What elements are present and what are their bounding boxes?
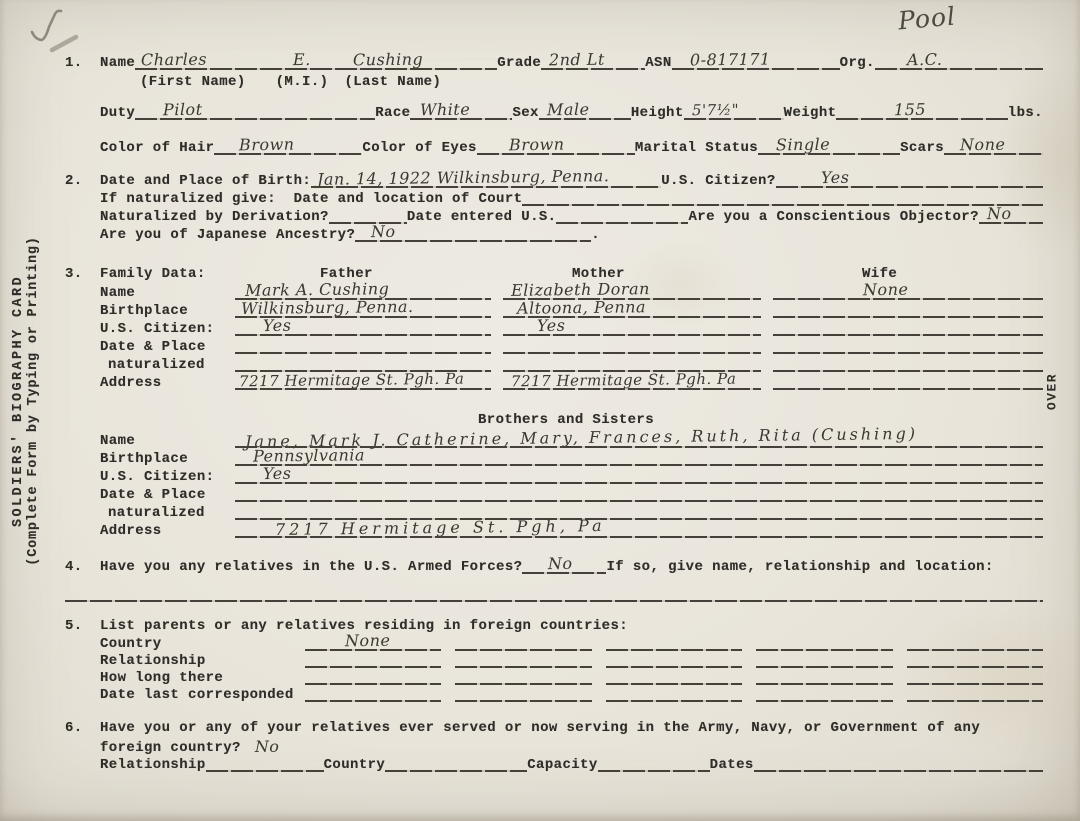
siblings-address-value: 7217 Hermitage St. Pgh, Pa xyxy=(275,517,606,539)
wife-name-value: None xyxy=(863,280,909,299)
us-citizen-line: Yes xyxy=(776,172,1043,189)
foreign-service-question-line2: foreign country? xyxy=(100,740,241,756)
siblings-row-dateplace: Date & Place xyxy=(100,486,1043,503)
armed-forces-line: No xyxy=(522,558,606,575)
relationship-line-2 xyxy=(455,652,591,669)
hair-label: Color of Hair xyxy=(100,140,214,156)
siblings-dateplace-label: Date & Place xyxy=(100,487,235,503)
grade-line: 2nd Lt xyxy=(541,54,645,71)
mother-citizen-value: Yes xyxy=(537,316,566,335)
father-address-value: 7217 Hermitage St. Pgh. Pa xyxy=(239,370,465,390)
biography-card-page: Pool SOLDIERS' BIOGRAPHY CARD (Complete … xyxy=(0,0,1080,821)
first-name-value: Charles xyxy=(141,50,207,69)
row-foreign-service-q1: 6. Have you or any of your relatives eve… xyxy=(65,720,980,736)
family-name-label: Name xyxy=(100,285,235,301)
siblings-naturalized-label: naturalized xyxy=(100,505,235,521)
fs-dates-line xyxy=(754,756,1043,773)
birth-line: Jan. 14, 1922 Wilkinsburg, Penna. xyxy=(311,172,661,189)
race-value: White xyxy=(420,100,470,119)
race-line: White xyxy=(410,104,512,121)
asn-value: 0-817171 xyxy=(690,50,771,69)
height-value: 5'7½" xyxy=(692,101,739,119)
height-label: Height xyxy=(631,105,684,121)
org-value: A.C. xyxy=(907,50,943,69)
grade-label: Grade xyxy=(497,55,541,71)
item1-number: 1. xyxy=(65,55,100,71)
lastcorresponded-line-2 xyxy=(455,686,591,703)
duty-value: Pilot xyxy=(163,100,203,119)
siblings-title-text: Brothers and Sisters xyxy=(478,412,654,428)
armed-forces-answer: No xyxy=(548,554,573,573)
side-title-line1: SOLDIERS' BIOGRAPHY CARD xyxy=(11,175,26,627)
father-birthplace-value: Wilkinsburg, Penna. xyxy=(241,298,414,318)
foreign-service-question-line1: Have you or any of your relatives ever s… xyxy=(100,720,980,736)
japanese-ancestry-label: Are you of Japanese Ancestry? xyxy=(100,227,355,243)
siblings-citizen-line: Yes xyxy=(235,468,1043,485)
handwritten-pool-note: Pool xyxy=(897,2,957,36)
family-row-birthplace: Birthplace Wilkinsburg, Penna. Altoona, … xyxy=(100,302,1043,319)
court-label: If naturalized give: Date and location o… xyxy=(100,191,522,207)
howlong-line-5 xyxy=(907,669,1043,686)
armed-forces-followup: If so, give name, relationship and locat… xyxy=(606,559,993,575)
birth-label: Date and Place of Birth: xyxy=(100,173,311,189)
siblings-address-line: 7217 Hermitage St. Pgh, Pa xyxy=(235,522,1043,539)
siblings-dateplace-line xyxy=(235,486,1043,503)
fs-relationship-label: Relationship xyxy=(100,757,206,773)
sex-line: Male xyxy=(539,104,631,121)
wife-citizen-line xyxy=(773,320,1043,337)
middle-initial-value: E. xyxy=(293,51,311,70)
row-name-sublabels: (First Name) (M.I.) (Last Name) xyxy=(140,74,441,90)
entered-line xyxy=(556,208,688,225)
family-row-address: Address 7217 Hermitage St. Pgh. Pa 7217 … xyxy=(100,374,1043,391)
row-foreign-country: Country None xyxy=(100,635,1043,652)
side-title: SOLDIERS' BIOGRAPHY CARD (Complete Form … xyxy=(11,175,49,627)
over-label: OVER xyxy=(1045,360,1060,424)
row-foreign-relationship: Relationship xyxy=(100,652,1043,669)
siblings-row-citizen: U.S. Citizen: Yes xyxy=(100,468,1043,485)
mother-birthplace-value: Altoona, Penna xyxy=(517,298,646,318)
row-family-data-title: 3. Family Data: xyxy=(65,266,206,282)
siblings-row-birthplace: Birthplace Pennsylvania xyxy=(100,450,1043,467)
name-line: Charles E. Cushing xyxy=(135,54,497,71)
fs-capacity-label: Capacity xyxy=(527,757,597,773)
org-line: A.C. xyxy=(875,54,1043,71)
period-mark: . xyxy=(591,227,600,243)
last-name-value: Cushing xyxy=(353,50,423,69)
lastcorresponded-line-4 xyxy=(756,686,892,703)
scars-value: None xyxy=(960,135,1006,154)
row-foreign-service-fields: Relationship Country Capacity Dates xyxy=(100,756,1043,773)
objector-line: No xyxy=(979,208,1043,225)
wife-address-line xyxy=(773,374,1043,391)
row-name-grade: 1. Name Charles E. Cushing Grade 2nd Lt … xyxy=(65,54,1043,71)
marital-value: Single xyxy=(776,135,830,154)
wife-naturalized-line xyxy=(773,356,1043,373)
wife-birthplace-line xyxy=(773,302,1043,319)
row-foreign-howlong: How long there xyxy=(100,669,1043,686)
side-title-line2: (Complete Form by Typing or Printing) xyxy=(26,175,41,627)
family-row-citizen: U.S. Citizen: Yes Yes xyxy=(100,320,1043,337)
siblings-citizen-value: Yes xyxy=(263,464,292,483)
scars-line: None xyxy=(944,139,1043,156)
family-row-dateplace: Date & Place xyxy=(100,338,1043,355)
siblings-address-label: Address xyxy=(100,523,235,539)
item4-number: 4. xyxy=(65,559,100,575)
siblings-row-address: Address 7217 Hermitage St. Pgh, Pa xyxy=(100,522,1043,539)
us-citizen-label: U.S. Citizen? xyxy=(661,173,775,189)
last-name-sublabel: (Last Name) xyxy=(344,74,441,90)
wife-name-line: None xyxy=(773,284,1043,301)
marital-line: Single xyxy=(758,139,900,156)
item2-number: 2. xyxy=(65,173,100,189)
name-label: Name xyxy=(100,55,135,71)
mother-address-value: 7217 Hermitage St. Pgh. Pa xyxy=(511,370,737,390)
family-naturalized-label: naturalized xyxy=(100,357,235,373)
objector-label: Are you a Conscientious Objector? xyxy=(688,209,978,225)
grade-value: 2nd Lt xyxy=(549,50,605,69)
row-derivation: Naturalized by Derivation? Date entered … xyxy=(100,208,1043,225)
us-citizen-value: Yes xyxy=(821,168,850,187)
scars-label: Scars xyxy=(900,140,944,156)
row-duty-vitals: Duty Pilot Race White Sex Male Height 5'… xyxy=(100,104,1043,121)
lbs-label: lbs. xyxy=(1008,105,1043,121)
mother-dateplace-line xyxy=(503,338,761,355)
mother-citizen-line: Yes xyxy=(503,320,761,337)
family-birthplace-label: Birthplace xyxy=(100,303,235,319)
fs-relationship-line xyxy=(206,756,324,773)
father-citizen-line: Yes xyxy=(235,320,491,337)
court-line xyxy=(522,190,1043,207)
lastcorresponded-label: Date last corresponded xyxy=(100,687,305,703)
country-line-1: None xyxy=(305,635,441,652)
eyes-label: Color of Eyes xyxy=(362,140,476,156)
fs-country-label: Country xyxy=(324,757,386,773)
objector-value: No xyxy=(987,204,1012,223)
family-citizen-label: U.S. Citizen: xyxy=(100,321,235,337)
item6-number: 6. xyxy=(65,720,100,736)
relationship-label: Relationship xyxy=(100,653,305,669)
marital-label: Marital Status xyxy=(635,140,758,156)
siblings-birthplace-line: Pennsylvania xyxy=(235,450,1043,467)
siblings-name-label: Name xyxy=(100,433,235,449)
siblings-birthplace-label: Birthplace xyxy=(100,451,235,467)
father-address-line: 7217 Hermitage St. Pgh. Pa xyxy=(235,374,491,391)
country-line-5 xyxy=(907,635,1043,652)
family-row-naturalized: naturalized xyxy=(100,356,1043,373)
country-label: Country xyxy=(100,636,305,652)
japanese-ancestry-line: No xyxy=(355,226,591,243)
fs-country-line xyxy=(385,756,527,773)
org-label: Org. xyxy=(840,55,875,71)
fs-dates-label: Dates xyxy=(710,757,754,773)
row-foreign-lastcorresponded: Date last corresponded xyxy=(100,686,1043,703)
mother-address-line: 7217 Hermitage St. Pgh. Pa xyxy=(503,374,761,391)
lastcorresponded-line-5 xyxy=(907,686,1043,703)
birth-value: Jan. 14, 1922 Wilkinsburg, Penna. xyxy=(317,167,610,189)
lastcorresponded-line-3 xyxy=(606,686,742,703)
wife-dateplace-line xyxy=(773,338,1043,355)
relationship-line-1 xyxy=(305,652,441,669)
country-line-4 xyxy=(756,635,892,652)
row-armed-forces: 4. Have you any relatives in the U.S. Ar… xyxy=(65,558,1043,575)
weight-value: 155 xyxy=(894,100,926,119)
relationship-line-3 xyxy=(606,652,742,669)
country-line-2 xyxy=(455,635,591,652)
duty-line: Pilot xyxy=(135,104,375,121)
fs-capacity-line xyxy=(598,756,710,773)
first-name-sublabel: (First Name) xyxy=(140,74,246,90)
relationship-line-5 xyxy=(907,652,1043,669)
siblings-birthplace-value: Pennsylvania xyxy=(253,446,365,466)
howlong-line-3 xyxy=(606,669,742,686)
howlong-line-4 xyxy=(756,669,892,686)
siblings-citizen-label: U.S. Citizen: xyxy=(100,469,235,485)
eyes-line: Brown xyxy=(477,139,635,156)
item3-number: 3. xyxy=(65,266,100,282)
family-data-label: Family Data: xyxy=(100,266,206,282)
weight-label: Weight xyxy=(784,105,837,121)
father-citizen-value: Yes xyxy=(263,316,292,335)
hair-value: Brown xyxy=(239,135,295,154)
asn-line: 0-817171 xyxy=(672,54,840,71)
father-dateplace-line xyxy=(235,338,491,355)
siblings-row-name: Name Jane, Mark J. Catherine, Mary, Fran… xyxy=(100,432,1043,449)
middle-initial-sublabel: (M.I.) xyxy=(276,74,329,90)
sex-value: Male xyxy=(547,100,590,119)
siblings-title: Brothers and Sisters xyxy=(478,412,654,428)
eyes-value: Brown xyxy=(509,135,565,154)
height-line: 5'7½" xyxy=(684,104,784,121)
row-japanese-ancestry: Are you of Japanese Ancestry? No . xyxy=(100,226,600,243)
row-hair-eyes: Color of Hair Brown Color of Eyes Brown … xyxy=(100,139,1043,156)
row-armed-forces-blank xyxy=(65,586,1043,603)
foreign-service-answer: No xyxy=(255,738,279,756)
country-line-3 xyxy=(606,635,742,652)
row-birth: 2. Date and Place of Birth: Jan. 14, 192… xyxy=(65,172,1043,189)
country-value: None xyxy=(345,631,391,650)
armed-forces-question: Have you any relatives in the U.S. Armed… xyxy=(100,559,522,575)
weight-line: 155 xyxy=(836,104,1007,121)
derivation-label: Naturalized by Derivation? xyxy=(100,209,329,225)
item5-number: 5. xyxy=(65,618,100,634)
entered-label: Date entered U.S. xyxy=(407,209,557,225)
lastcorresponded-line-1 xyxy=(305,686,441,703)
family-address-label: Address xyxy=(100,375,235,391)
duty-label: Duty xyxy=(100,105,135,121)
asn-label: ASN xyxy=(645,55,671,71)
japanese-ancestry-value: No xyxy=(371,222,396,241)
sex-label: Sex xyxy=(512,105,538,121)
race-label: Race xyxy=(375,105,410,121)
row-naturalized-court: If naturalized give: Date and location o… xyxy=(100,190,1043,207)
row-foreign-service-q2: foreign country? No xyxy=(100,738,279,756)
relationship-line-4 xyxy=(756,652,892,669)
howlong-line-2 xyxy=(455,669,591,686)
armed-forces-detail-line xyxy=(65,586,1043,603)
howlong-line-1 xyxy=(305,669,441,686)
family-dateplace-label: Date & Place xyxy=(100,339,235,355)
howlong-label: How long there xyxy=(100,670,305,686)
hair-line: Brown xyxy=(214,139,362,156)
